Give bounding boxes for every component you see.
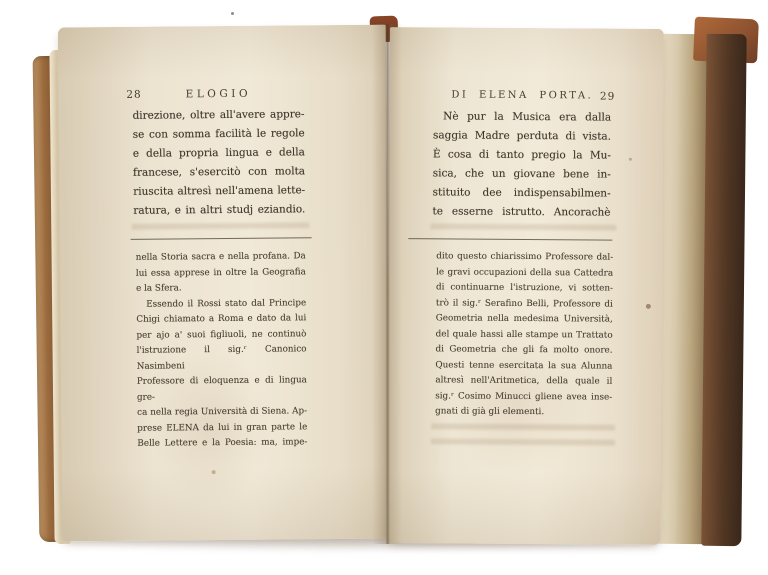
show-through-text [430,223,616,239]
text-line: È cosa di tanto pregio la Mu- [433,145,611,165]
text-line: Belle Lettere e la Poesia: ma, impe- [137,435,307,452]
book-cover-right-edge [701,34,746,546]
text-line: le gravi occupazioni della sua Cattedra [436,265,613,282]
text-line: l'istruzione il sig.ʳ Canonico Nasimbeni [137,342,307,374]
text-line: Nè pur la Musica era dalla [433,107,611,127]
text-line: Chigi chiamato a Roma e dato da lui [136,311,306,328]
running-title: ELOGIO [132,87,304,101]
running-title: DI ELENA PORTA. [433,89,611,101]
left-page-footnote-text: nella Storia sacra e nella profana. Dalu… [136,249,308,452]
right-page-body-text: Nè pur la Musica era dallasaggia Madre p… [432,107,611,222]
photo-background: 28 ELOGIO direzione, oltre all'avere app… [0,0,768,575]
text-line: Essendo il Rossi stato dal Principe [136,296,306,313]
text-line: altresì nell'Aritmetica, della quale il [435,373,612,390]
left-page-header: 28 ELOGIO [132,87,304,103]
footnote-divider-rule [408,238,612,240]
text-line: prese ELENA da lui in gran parte le [137,420,307,437]
text-line: Questi tenne esercitata la sua Alunna [435,358,612,375]
foxing-spot [646,304,651,309]
text-line: ratura, e in altri studj eziandio. [133,200,305,221]
text-line: direzione, oltre all'avere appre- [132,105,304,126]
show-through-text [131,222,309,239]
text-line: dito questo chiarissimo Professore dal- [436,249,613,266]
text-line: gnati di già gli elementi. [435,404,612,421]
footnote-divider-rule [131,237,312,240]
text-line: di continuarne l'istruzione, vi sotten- [436,280,613,297]
text-line: se con somma facilità le regole [133,124,305,145]
text-line: stituito dee indispensabilmen- [433,183,611,203]
text-line: lui essa apprese in oltre la Geografia [136,265,306,282]
text-line: riuscita altresì nell'amena lette- [133,181,305,202]
foxing-spot [212,470,216,474]
left-page-body-text: direzione, oltre all'avere appre-se con … [132,105,305,220]
text-line: Professore di eloquenza e di lingua gre- [137,373,307,405]
text-line: sig.ʳ Cosimo Minucci gliene avea inse- [435,389,612,406]
show-through-text [431,423,615,452]
text-line: per ajo a' suoi figliuoli, ne continuò [136,327,306,344]
dust-speck [231,12,234,15]
text-line: e della propria lingua e della [133,143,305,164]
text-line: sica, che un giovane bene in- [433,164,611,184]
text-line: trò il sig.ʳ Serafino Belli, Professore … [436,296,613,313]
right-page-footnote-text: dito questo chiarissimo Professore dal-l… [435,249,613,421]
text-line: di Geometria che gli fa molto onore. [435,342,612,359]
text-line: nella Storia sacra e nella profana. Da [136,249,306,266]
page-number: 29 [600,91,615,103]
text-line: del quale hassi alle stampe un Trattato [436,327,613,344]
text-line: Geometria nella medesima Università, [436,311,613,328]
page-right: DI ELENA PORTA. 29 Nè pur la Musica era … [386,27,664,545]
page-left: 28 ELOGIO direzione, oltre all'avere app… [58,25,390,542]
foxing-spot [629,158,632,161]
text-line: ca nella regia Università di Siena. Ap- [137,404,307,421]
text-line: saggia Madre perduta di vista. [433,126,611,146]
text-line: te esserne istrutto. Ancorachè [432,202,610,222]
right-page-header: DI ELENA PORTA. 29 [433,89,611,104]
page-number: 28 [126,89,141,101]
text-line: francese, s'esercitò con molta [133,162,305,183]
text-line: e la Sfera. [136,280,306,297]
